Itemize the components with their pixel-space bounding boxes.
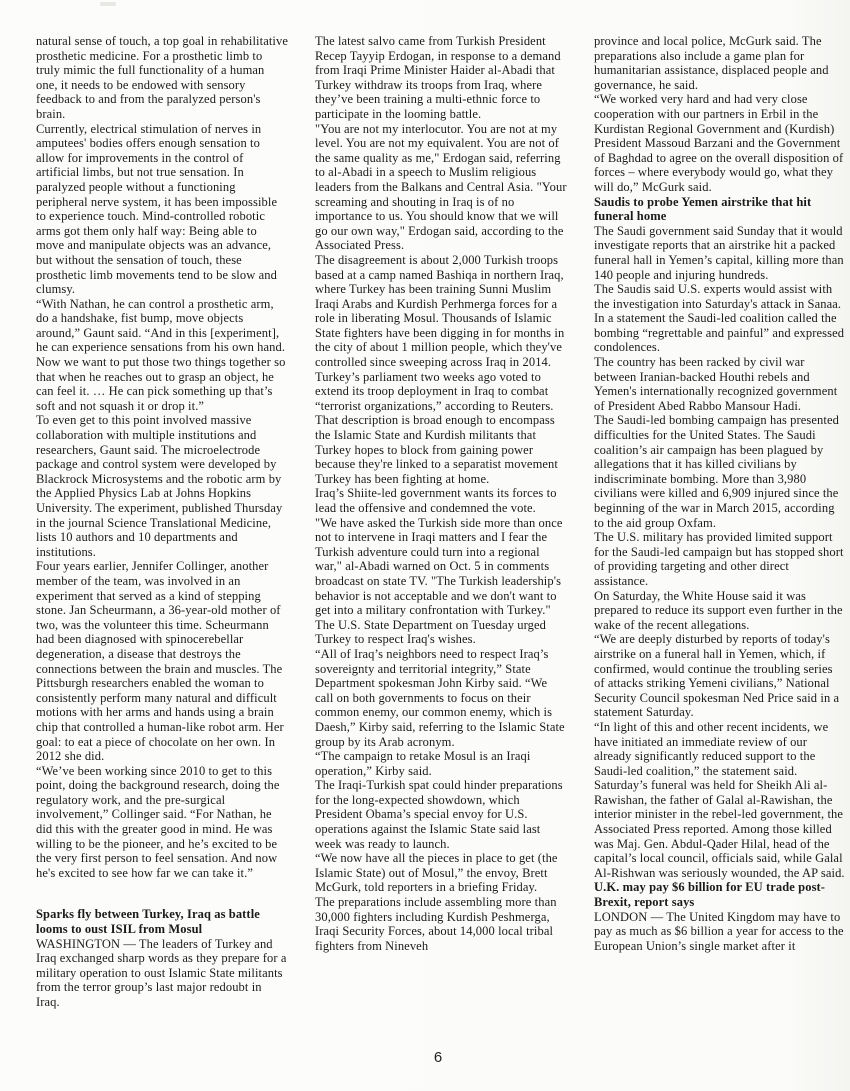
paragraph: The Saudi government said Sunday that it… bbox=[594, 224, 846, 282]
paragraph: The U.S. military has provided limited s… bbox=[594, 530, 846, 588]
scan-artifact bbox=[100, 2, 116, 6]
paragraph: natural sense of touch, a top goal in re… bbox=[36, 34, 288, 122]
paragraph: “We now have all the pieces in place to … bbox=[315, 851, 567, 895]
column-1: natural sense of touch, a top goal in re… bbox=[36, 34, 288, 1010]
paragraph: “We are deeply disturbed by reports of t… bbox=[594, 632, 846, 720]
paragraph: The U.S. State Department on Tuesday urg… bbox=[315, 618, 567, 647]
paragraph: “We worked very hard and had very close … bbox=[594, 92, 846, 194]
paragraph: WASHINGTON — The leaders of Turkey and I… bbox=[36, 937, 288, 1010]
paragraph: Currently, electrical stimulation of ner… bbox=[36, 122, 288, 297]
paragraph: “The campaign to retake Mosul is an Iraq… bbox=[315, 749, 567, 778]
paragraph: On Saturday, the White House said it was… bbox=[594, 589, 846, 633]
paragraph: The latest salvo came from Turkish Presi… bbox=[315, 34, 567, 122]
paragraph: “With Nathan, he can control a prostheti… bbox=[36, 297, 288, 414]
article-headline: Sparks fly between Turkey, Iraq as battl… bbox=[36, 907, 288, 936]
paragraph: The Saudi-led bombing campaign has prese… bbox=[594, 413, 846, 530]
paragraph: province and local police, McGurk said. … bbox=[594, 34, 846, 92]
paragraph: The Saudis said U.S. experts would assis… bbox=[594, 282, 846, 355]
paragraph: “All of Iraq’s neighbors need to respect… bbox=[315, 647, 567, 749]
paragraph: “In light of this and other recent incid… bbox=[594, 720, 846, 778]
paragraph: “We’ve been working since 2010 to get to… bbox=[36, 764, 288, 881]
article-headline: U.K. may pay $6 billion for EU trade pos… bbox=[594, 880, 846, 909]
text-columns: natural sense of touch, a top goal in re… bbox=[0, 0, 850, 1010]
paragraph: To even get to this point involved massi… bbox=[36, 413, 288, 559]
paragraph: The preparations include assembling more… bbox=[315, 895, 567, 953]
column-3: province and local police, McGurk said. … bbox=[594, 34, 846, 953]
scanned-document-page: natural sense of touch, a top goal in re… bbox=[0, 0, 850, 1091]
paragraph: The disagreement is about 2,000 Turkish … bbox=[315, 253, 567, 370]
paragraph: Four years earlier, Jennifer Collinger, … bbox=[36, 559, 288, 763]
paragraph: "You are not my interlocutor. You are no… bbox=[315, 122, 567, 253]
paragraph: The Iraqi-Turkish spat could hinder prep… bbox=[315, 778, 567, 851]
paragraph: "We have asked the Turkish side more tha… bbox=[315, 516, 567, 618]
paragraph: The country has been racked by civil war… bbox=[594, 355, 846, 413]
page-number: 6 bbox=[0, 1049, 850, 1066]
article-headline: Saudis to probe Yemen airstrike that hit… bbox=[594, 195, 846, 224]
paragraph: Saturday’s funeral was held for Sheikh A… bbox=[594, 778, 846, 880]
column-2: The latest salvo came from Turkish Presi… bbox=[315, 34, 567, 953]
paragraph: Iraq’s Shiite-led government wants its f… bbox=[315, 486, 567, 515]
paragraph: Turkey’s parliament two weeks ago voted … bbox=[315, 370, 567, 487]
paragraph: LONDON — The United Kingdom may have to … bbox=[594, 910, 846, 954]
